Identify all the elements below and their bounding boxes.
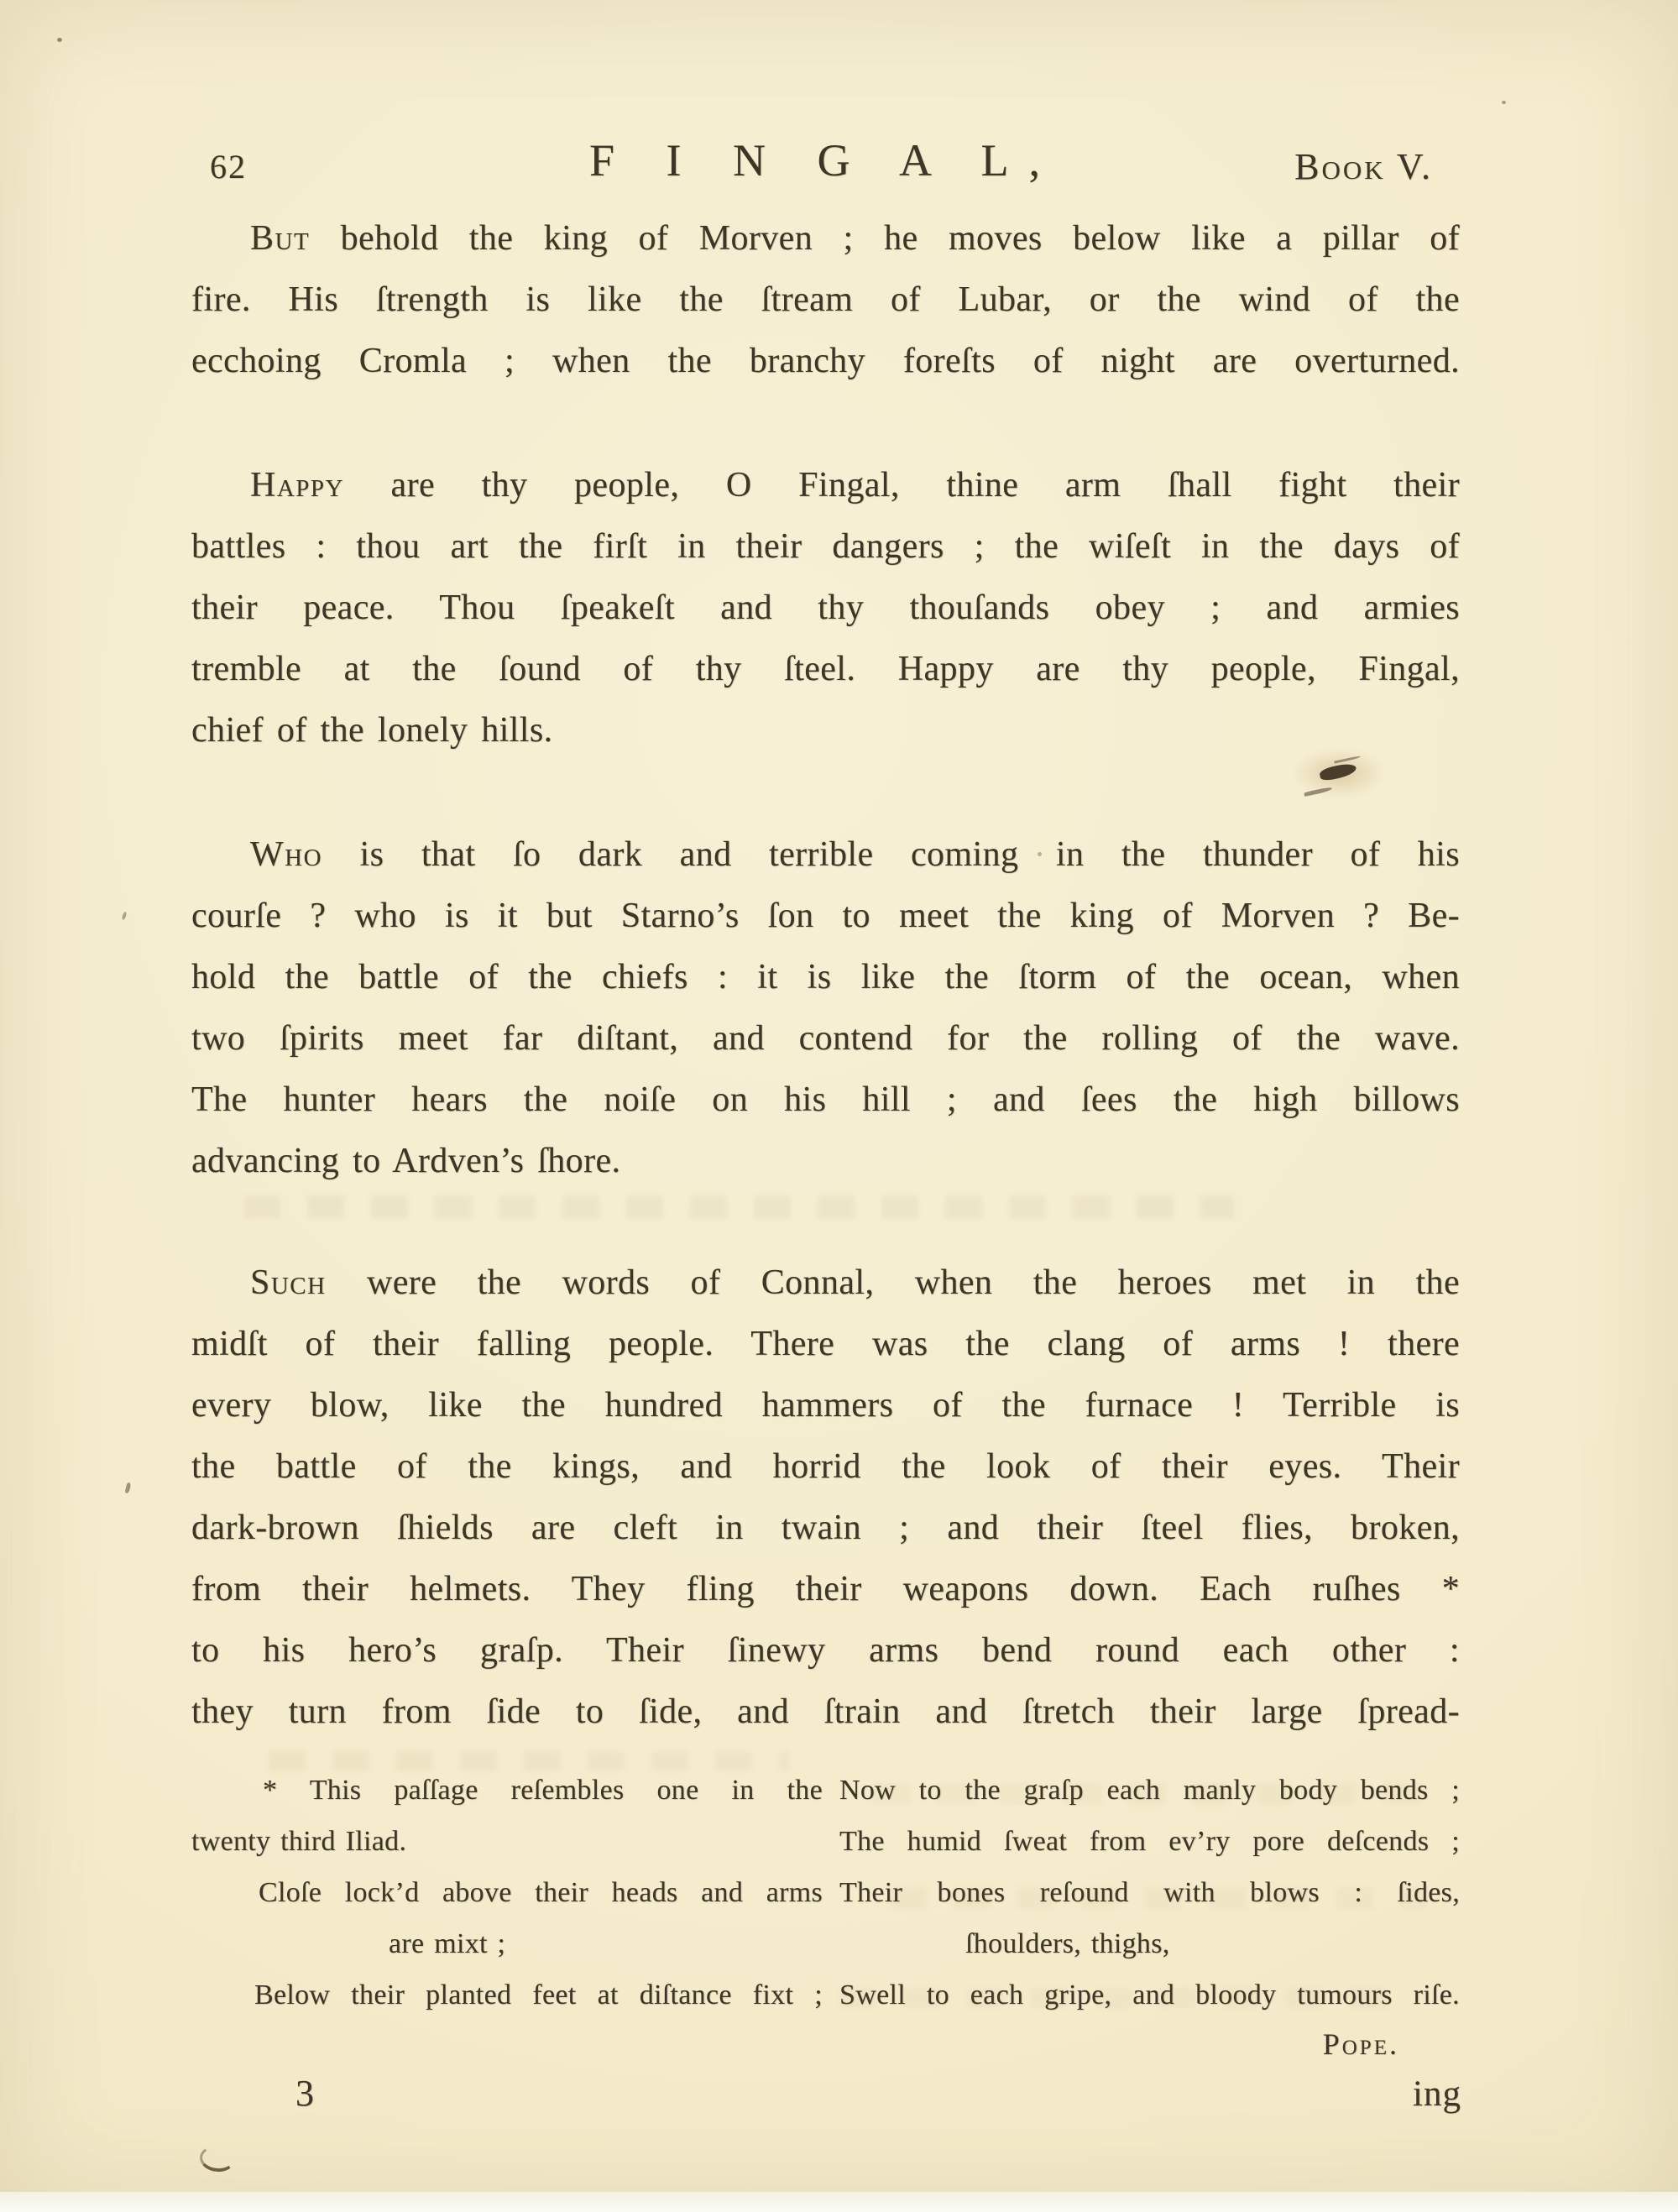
footnote-line: are mixt ;: [191, 1918, 823, 1969]
text-line: every blow, like the hundred hammers of …: [191, 1375, 1460, 1436]
paper-speck: [1502, 101, 1506, 104]
footnote-line: twenty third Iliad.: [191, 1816, 823, 1867]
footnote-line: ſhoulders, thighs,: [839, 1918, 1460, 1969]
text-line: battles : thou art the firſt in their da…: [191, 516, 1460, 578]
text-line: chief of the lonely hills.: [191, 700, 1460, 761]
footnote-attribution: Pope.: [839, 2019, 1460, 2070]
footnote-line: The humid ſweat from ev’ry pore deſcends…: [839, 1816, 1460, 1867]
paper-speck: [1038, 852, 1042, 856]
text-line: Who is that ſo dark and terrible coming …: [191, 824, 1460, 886]
text-line: their peace. Thou ſpeakeſt and thy thouſ…: [191, 578, 1460, 639]
footnote-right-column: Now to the graſp each manly body bends ;…: [839, 1765, 1460, 2021]
footnote-line: Swell to each gripe, and bloody tumours …: [839, 1969, 1460, 2021]
text-line: the battle of the kings, and horrid the …: [191, 1436, 1460, 1498]
paper-speck: [122, 912, 128, 921]
catchword: ing: [1413, 2073, 1461, 2115]
book-label: Book V.: [1294, 145, 1433, 188]
text-line: hold the battle of the chiefs : it is li…: [191, 947, 1460, 1008]
text-line: dark-brown ſhields are cleft in twain ; …: [191, 1498, 1460, 1559]
text-line: two ſpirits meet far diſtant, and conten…: [191, 1008, 1460, 1069]
showthrough-ghost: [243, 1195, 1234, 1219]
text-line: courſe ? who is it but Starno’s ſon to m…: [191, 886, 1460, 947]
footnote-line: Below their planted feet at diſtance fix…: [191, 1969, 823, 2021]
smallcaps-lead-word: Such: [250, 1263, 327, 1302]
footnote-line: Cloſe lock’d above their heads and arms: [191, 1867, 823, 1918]
text-line: Such were the words of Connal, when the …: [191, 1252, 1460, 1314]
paper-speck: [125, 1483, 132, 1494]
footnote-line: Now to the graſp each manly body bends ;: [839, 1765, 1460, 1816]
footnote-line: Their bones reſound with blows : ſides,: [839, 1867, 1460, 1918]
smallcaps-lead-word: Who: [250, 835, 322, 874]
text-line: tremble at the ſound of thy ſteel. Happy…: [191, 639, 1460, 700]
text-line: Happy are thy people, O Fingal, thine ar…: [191, 455, 1460, 516]
smallcaps-lead-word: Happy: [250, 466, 344, 505]
text-line: they turn from ſide to ſide, and ſtrain …: [191, 1681, 1460, 1743]
text-line: But behold the king of Morven ; he moves…: [191, 208, 1460, 269]
body-paragraph: Such were the words of Connal, when the …: [191, 1252, 1460, 1743]
footnote-line: * This paſſage reſembles one in the: [191, 1765, 823, 1816]
text-line: to his hero’s graſp. Their ſinewy arms b…: [191, 1620, 1460, 1681]
pen-mark: [198, 2144, 236, 2173]
text-line: from their helmets. They fling their wea…: [191, 1559, 1460, 1620]
smallcaps-lead-word: But: [250, 219, 310, 258]
signature-mark: 3: [295, 2072, 314, 2115]
text-line: fire. His ſtrength is like the ſtream of…: [191, 269, 1460, 331]
text-line: advancing to Ardven’s ſhore.: [191, 1131, 1460, 1192]
book-page-scan: 62 F I N G A L, Book V. But behold the k…: [0, 0, 1678, 2212]
page-header: 62 F I N G A L, Book V.: [191, 134, 1458, 193]
body-paragraph: Who is that ſo dark and terrible coming …: [191, 824, 1460, 1192]
footnote-left-column: * This paſſage reſembles one in thetwent…: [191, 1765, 823, 2021]
scan-edge: [0, 2192, 1678, 2212]
text-line: ecchoing Cromla ; when the branchy foreſ…: [191, 331, 1460, 392]
text-line: midſt of their falling people. There was…: [191, 1314, 1460, 1375]
text-line: The hunter hears the noiſe on his hill ;…: [191, 1069, 1460, 1131]
paper-speck: [57, 38, 62, 42]
running-title: F I N G A L,: [191, 134, 1458, 186]
body-paragraph: But behold the king of Morven ; he moves…: [191, 208, 1460, 392]
body-paragraph: Happy are thy people, O Fingal, thine ar…: [191, 455, 1460, 761]
